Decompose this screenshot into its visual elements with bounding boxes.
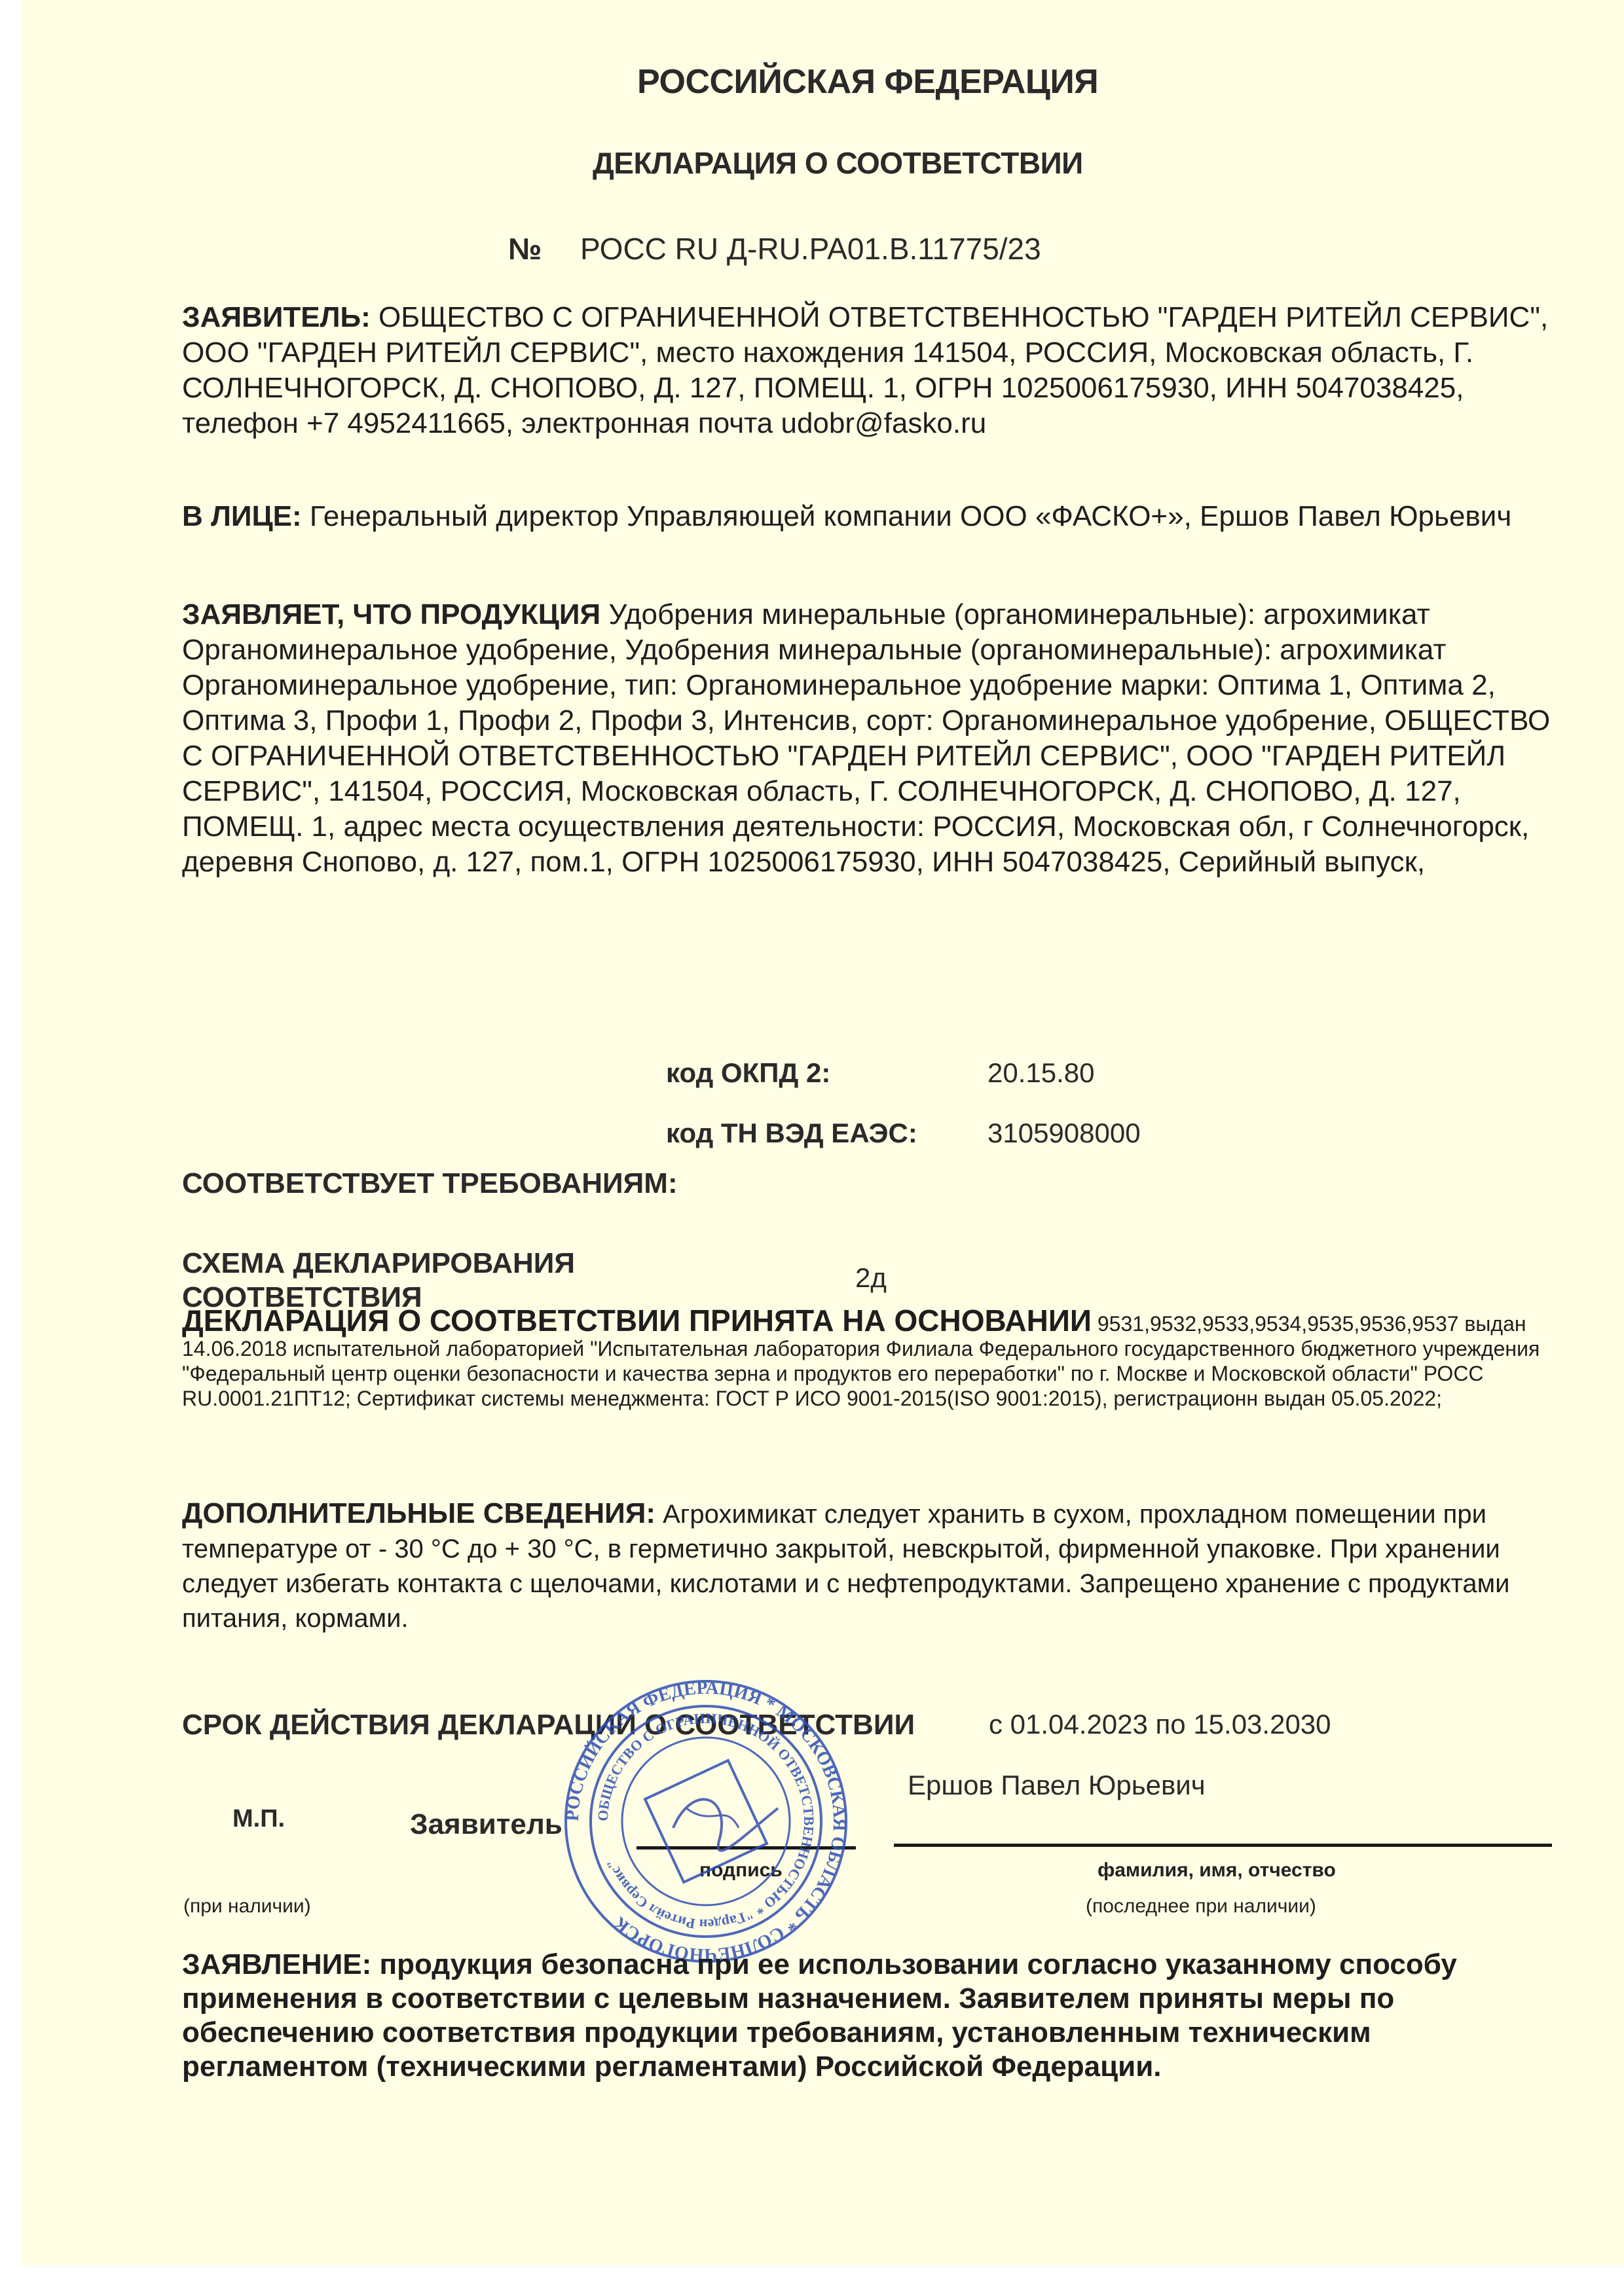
stamp-inner-text: ОБЩЕСТВО С ОГРАНИЧЕННОЙ ОТВЕТСТВЕННОСТЬЮ…: [595, 1710, 817, 1933]
document-title: ДЕКЛАРАЦИЯ О СООТВЕТСТВИИ: [593, 145, 1083, 181]
applicant-section: ЗАЯВИТЕЛЬ: ОБЩЕСТВО С ОГРАНИЧЕННОЙ ОТВЕТ…: [182, 300, 1564, 441]
signatory-name: Ершов Павел Юрьевич: [908, 1770, 1206, 1801]
product-text: Удобрения минеральные (органоминеральные…: [182, 598, 1550, 878]
basis-section: ДЕКЛАРАЦИЯ О СООТВЕТСТВИИ ПРИНЯТА НА ОСН…: [182, 1308, 1564, 1411]
applicant-signature-label: Заявитель: [410, 1808, 563, 1841]
seal-note: (при наличии): [183, 1895, 311, 1918]
name-line: [894, 1844, 1552, 1847]
requirements-label: СООТВЕТСТВУЕТ ТРЕБОВАНИЯМ:: [182, 1167, 678, 1200]
additional-info-label: ДОПОЛНИТЕЛЬНЫЕ СВЕДЕНИЯ:: [182, 1497, 655, 1529]
represented-by-section: В ЛИЦЕ: Генеральный директор Управляющей…: [182, 499, 1564, 534]
svg-text:ОБЩЕСТВО С ОГРАНИЧЕННОЙ ОТВЕТС: ОБЩЕСТВО С ОГРАНИЧЕННОЙ ОТВЕТСТВЕННОСТЬЮ…: [595, 1710, 817, 1933]
represented-by-text: Генеральный директор Управляющей компани…: [302, 500, 1512, 532]
seal-place-label: М.П.: [232, 1805, 285, 1833]
tnved-value: 3105908000: [987, 1118, 1141, 1149]
product-section: ЗАЯВЛЯЕТ, ЧТО ПРОДУКЦИЯ Удобрения минера…: [182, 597, 1564, 880]
product-label: ЗАЯВЛЯЕТ, ЧТО ПРОДУКЦИЯ: [182, 598, 600, 630]
okpd-label: код ОКПД 2:: [666, 1057, 830, 1089]
declaration-number: РОСС RU Д-RU.РА01.В.11775/23: [580, 231, 1041, 266]
scheme-label-line1: СХЕМА ДЕКЛАРИРОВАНИЯ: [182, 1247, 575, 1280]
represented-by-label: В ЛИЦЕ:: [182, 500, 302, 532]
country-heading: РОССИЙСКАЯ ФЕДЕРАЦИЯ: [637, 62, 1098, 101]
validity-period: с 01.04.2023 по 15.03.2030: [989, 1709, 1331, 1740]
okpd-value: 20.15.80: [987, 1057, 1095, 1089]
scheme-value: 2д: [855, 1262, 887, 1294]
basis-label: ДЕКЛАРАЦИЯ О СООТВЕТСТВИИ ПРИНЯТА НА ОСН…: [182, 1303, 1092, 1338]
statement-section: ЗАЯВЛЕНИЕ: продукция безопасна при ее ис…: [182, 1948, 1564, 2084]
name-caption: фамилия, имя, отчество: [1098, 1859, 1336, 1882]
applicant-label: ЗАЯВИТЕЛЬ:: [182, 301, 371, 333]
company-stamp-icon: РОССИЙСКАЯ ФЕДЕРАЦИЯ * МОСКОВСКАЯ ОБЛАСТ…: [562, 1677, 850, 1965]
statement-label: ЗАЯВЛЕНИЕ:: [182, 1948, 371, 1980]
additional-info-section: ДОПОЛНИТЕЛЬНЫЕ СВЕДЕНИЯ: Агрохимикат сле…: [182, 1496, 1564, 1636]
number-sign: №: [508, 231, 542, 266]
name-note: (последнее при наличии): [1086, 1895, 1316, 1918]
statement-text: продукция безопасна при ее использовании…: [182, 1948, 1457, 2083]
tnved-label: код ТН ВЭД ЕАЭС:: [666, 1118, 917, 1149]
applicant-text: ОБЩЕСТВО С ОГРАНИЧЕННОЙ ОТВЕТСТВЕННОСТЬЮ…: [182, 301, 1548, 439]
